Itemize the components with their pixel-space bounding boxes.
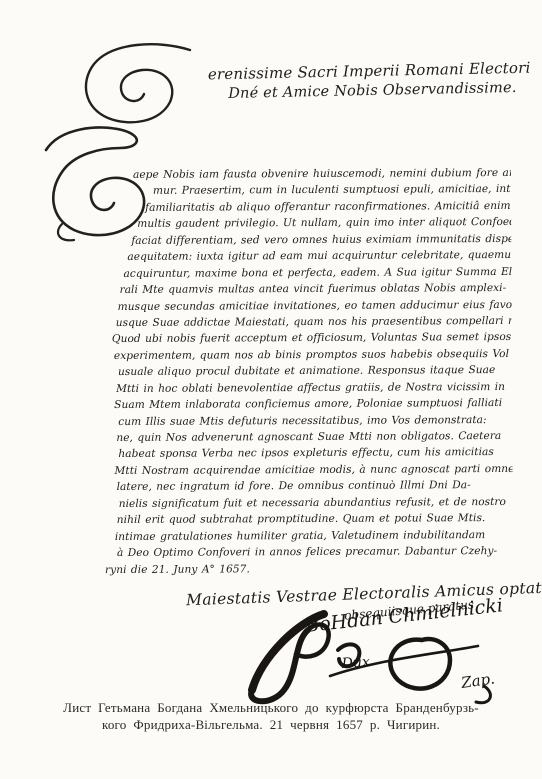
caption: Лист Гетьмана Богдана Хмельницького до к… <box>0 700 542 733</box>
salutation-line2: Dné et Amice Nobis Observandissime. <box>228 80 531 102</box>
signature-flourish: BoHdan Chmielnicki Dux Zap. <box>226 598 520 708</box>
caption-line2: кого Фридриха-Вільгельма. 21 червня 1657… <box>0 717 542 734</box>
caption-line1: Лист Гетьмана Богдана Хмельницького до к… <box>0 700 542 717</box>
scanned-letter-page: erenissime Sacri Imperii Romani Electori… <box>0 0 542 779</box>
ornate-initial-s-icon <box>78 40 194 130</box>
signature-flourish-right: Zap. <box>459 669 496 692</box>
signature-name: BoHdan Chmielnicki <box>303 598 504 637</box>
manuscript-line: ryni die 21. Juny A° 1657. <box>105 561 513 580</box>
signature-flourish-left: Dux <box>340 654 370 672</box>
salutation: erenissime Sacri Imperii Romani Electori… <box>208 59 531 103</box>
manuscript-body: aepe Nobis iam fausta obvenire huiuscemo… <box>103 167 513 580</box>
